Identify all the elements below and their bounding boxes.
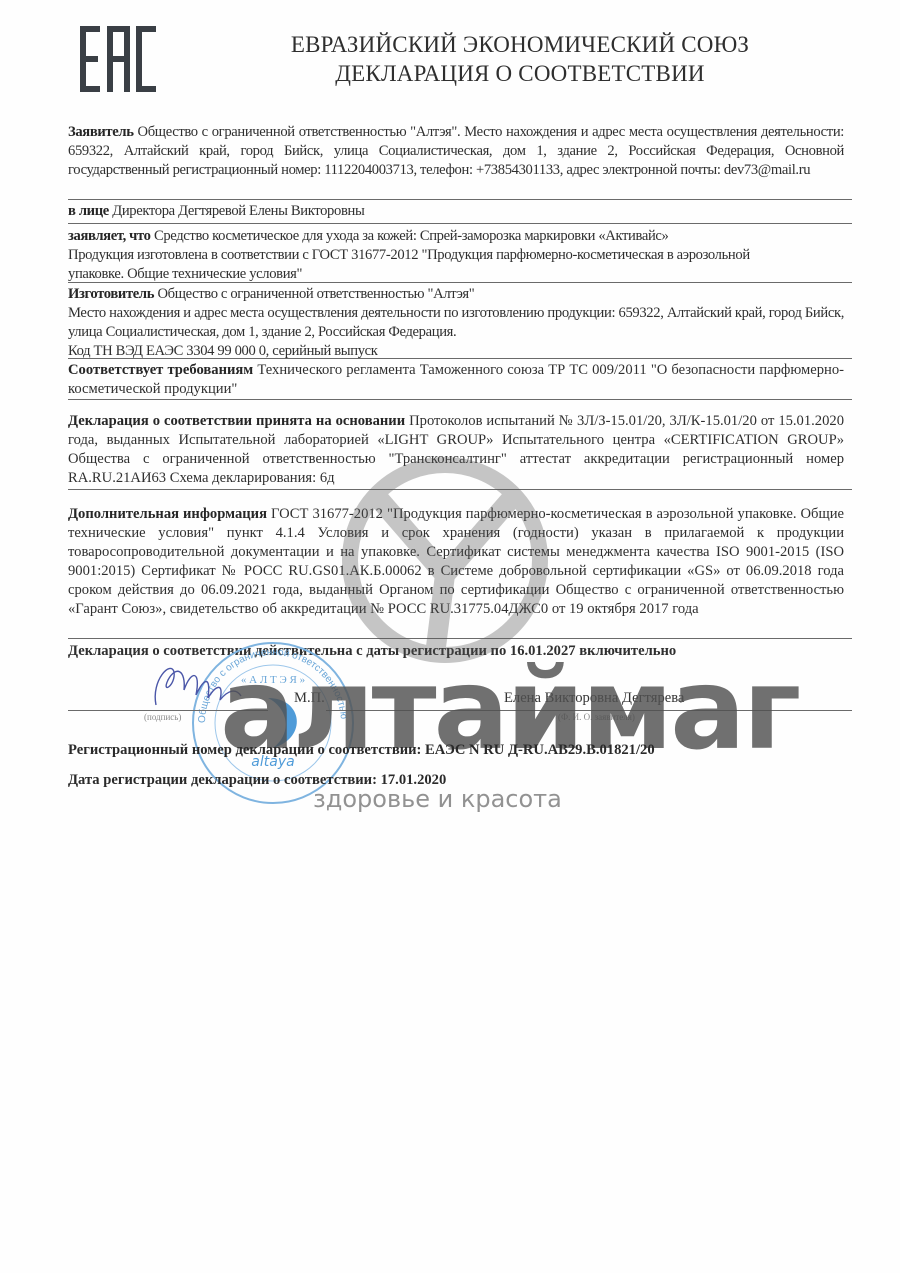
divider bbox=[68, 199, 852, 200]
declaration-page: ЕВРАЗИЙСКИЙ ЭКОНОМИЧЕСКИЙ СОЮЗ ДЕКЛАРАЦИ… bbox=[0, 0, 900, 1273]
divider bbox=[68, 399, 852, 400]
additional-info-label: Дополнительная информация bbox=[68, 506, 267, 522]
complies-label: Соответствует требованиям bbox=[68, 362, 253, 378]
divider bbox=[68, 282, 852, 283]
declares-label: заявляет, что bbox=[68, 228, 151, 244]
applicant-section: Заявитель Общество с ограниченной ответс… bbox=[68, 123, 844, 180]
product-standard: Продукция изготовлена в соответствии с Г… bbox=[68, 246, 808, 284]
represented-by-text: Директора Дегтяревой Елены Викторовны bbox=[112, 203, 364, 219]
eac-logo-icon bbox=[78, 24, 158, 94]
manufacturer-text: Общество с ограниченной ответственностью… bbox=[157, 286, 474, 302]
watermark-logo-icon bbox=[340, 455, 550, 665]
represented-by-label: в лице bbox=[68, 203, 109, 219]
document-title: ДЕКЛАРАЦИЯ О СООТВЕТСТВИИ bbox=[200, 59, 840, 88]
watermark-tagline: здоровье и красота bbox=[313, 785, 562, 813]
union-title: ЕВРАЗИЙСКИЙ ЭКОНОМИЧЕСКИЙ СОЮЗ bbox=[200, 30, 840, 59]
represented-by-section: в лице Директора Дегтяревой Елены Виктор… bbox=[68, 202, 844, 221]
divider bbox=[68, 358, 852, 359]
signature-caption: (подпись) bbox=[144, 712, 181, 722]
divider bbox=[68, 223, 852, 224]
product-name: Средство косметическое для ухода за коже… bbox=[154, 228, 669, 244]
manufacturer-section: Изготовитель Общество с ограниченной отв… bbox=[68, 285, 844, 361]
manufacturer-label: Изготовитель bbox=[68, 286, 154, 302]
registration-number: Регистрационный номер декларации о соотв… bbox=[68, 742, 655, 759]
manufacturer-address: Место нахождения и адрес места осуществл… bbox=[68, 304, 844, 342]
document-header: ЕВРАЗИЙСКИЙ ЭКОНОМИЧЕСКИЙ СОЮЗ ДЕКЛАРАЦИ… bbox=[200, 30, 840, 88]
applicant-label: Заявитель bbox=[68, 124, 134, 140]
basis-label: Декларация о соответствии принята на осн… bbox=[68, 413, 405, 429]
declares-section: заявляет, что Средство косметическое для… bbox=[68, 227, 844, 284]
applicant-text: Общество с ограниченной ответственностью… bbox=[68, 124, 844, 178]
complies-section: Соответствует требованиям Технического р… bbox=[68, 361, 844, 399]
